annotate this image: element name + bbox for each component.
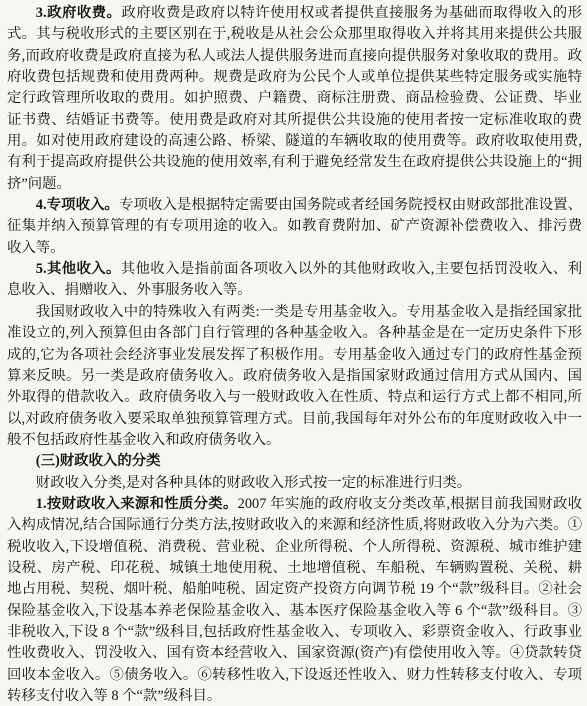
paragraph-special-revenue: 4.专项收入。专项收入是根据特定需要由国务院或者经国务院授权由财政部批准设置、征… bbox=[7, 195, 582, 259]
paragraph-text-special-types: 我国财政收入中的特殊收入有两类:一类是专用基金收入。专用基金收入是指经国家批准设… bbox=[7, 304, 582, 448]
paragraph-lead-other-revenue: 5.其他收入。 bbox=[36, 261, 121, 277]
paragraph-text-classification-intro: 财政收入分类,是对各种具体的财政收入形式按一定的标准进行归类。 bbox=[36, 475, 471, 491]
paragraph-other-revenue: 5.其他收入。其他收入是指前面各项收入以外的其他财政收入,主要包括罚没收入、利息… bbox=[7, 259, 582, 302]
paragraph-lead-government-fees: 3.政府收费。 bbox=[36, 5, 122, 21]
document-page: 3.政府收费。政府收费是政府以特许使用权或者提供直接服务为基础而取得收入的形式。… bbox=[0, 0, 587, 706]
paragraph-special-types: 我国财政收入中的特殊收入有两类:一类是专用基金收入。专用基金收入是指经国家批准设… bbox=[7, 302, 582, 451]
paragraph-text-government-fees: 政府收费是政府以特许使用权或者提供直接服务为基础而取得收入的形式。其与税收形式的… bbox=[7, 5, 582, 192]
paragraph-classification-by-source: 1.按财政收入来源和性质分类。2007 年实施的政府收支分类改革,根据目前我国财… bbox=[7, 494, 582, 706]
paragraph-text-classification-by-source: 2007 年实施的政府收支分类改革,根据目前我国财政收入构成情况,结合国际通行分… bbox=[7, 496, 582, 704]
paragraph-lead-classification-by-source: 1.按财政收入来源和性质分类。 bbox=[36, 496, 238, 512]
paragraph-lead-special-revenue: 4.专项收入。 bbox=[36, 197, 119, 213]
paragraph-classification-intro: 财政收入分类,是对各种具体的财政收入形式按一定的标准进行归类。 bbox=[7, 473, 582, 494]
paragraph-government-fees: 3.政府收费。政府收费是政府以特许使用权或者提供直接服务为基础而取得收入的形式。… bbox=[7, 3, 582, 195]
section-heading-revenue-classification: (三)财政收入的分类 bbox=[7, 451, 582, 472]
